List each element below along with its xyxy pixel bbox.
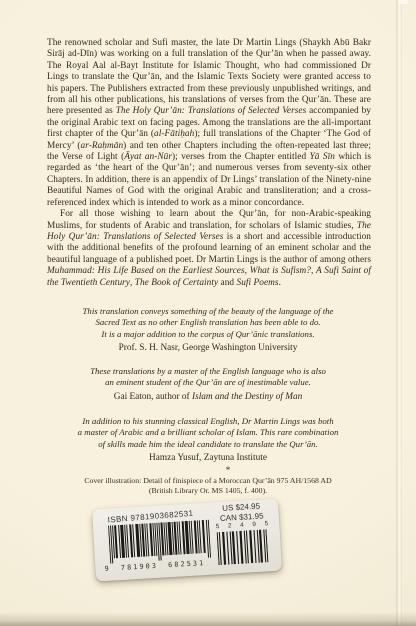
barcode-sticker: ISBN 9781903682531 9 781903 682531 US $ xyxy=(92,499,282,582)
quote-text: These translations by a master of the En… xyxy=(40,366,376,389)
blurb-text: The renowned scholar and Sufi master, th… xyxy=(47,38,371,289)
cover-corner-mark xyxy=(398,0,408,4)
cover-note-line-1: Cover illustration: Detail of finispiece… xyxy=(0,476,416,486)
book-back-cover: The renowned scholar and Sufi master, th… xyxy=(0,0,416,626)
quote-attribution: Gai Eaton, author of Islam and the Desti… xyxy=(40,392,376,403)
cover-crease-line xyxy=(396,0,402,626)
quote-text: This translation conveys something of th… xyxy=(40,306,376,340)
ean-barcode xyxy=(108,520,211,564)
blurb-paragraph-2: For all those wishing to learn about the… xyxy=(47,209,371,289)
cover-bottom-shadow xyxy=(0,612,416,626)
cover-note-line-2: (British Library Or. MS 1405, f. 400). xyxy=(0,486,416,496)
endorsement-quote-eaton: These translations by a master of the En… xyxy=(40,366,376,403)
endorsement-quote-nasr: This translation conveys something of th… xyxy=(40,306,376,354)
quote-attribution: Hamza Yusuf, Zaytuna Institute xyxy=(40,453,376,464)
cover-illustration-note: Cover illustration: Detail of finispiece… xyxy=(0,476,416,495)
quote-text: In addition to his stunning classical En… xyxy=(40,416,376,450)
quote-attribution: Prof. S. H. Nasr, George Washington Univ… xyxy=(40,343,376,354)
footnote-asterisk: * xyxy=(0,466,416,474)
price-addon-barcode xyxy=(217,529,269,565)
endorsement-quote-yusuf: In addition to his stunning classical En… xyxy=(40,416,376,464)
blurb-paragraph-1: The renowned scholar and Sufi master, th… xyxy=(47,38,371,209)
price-block: US $24.95 CAN $31.95 5 2 4 9 5 xyxy=(209,501,274,532)
